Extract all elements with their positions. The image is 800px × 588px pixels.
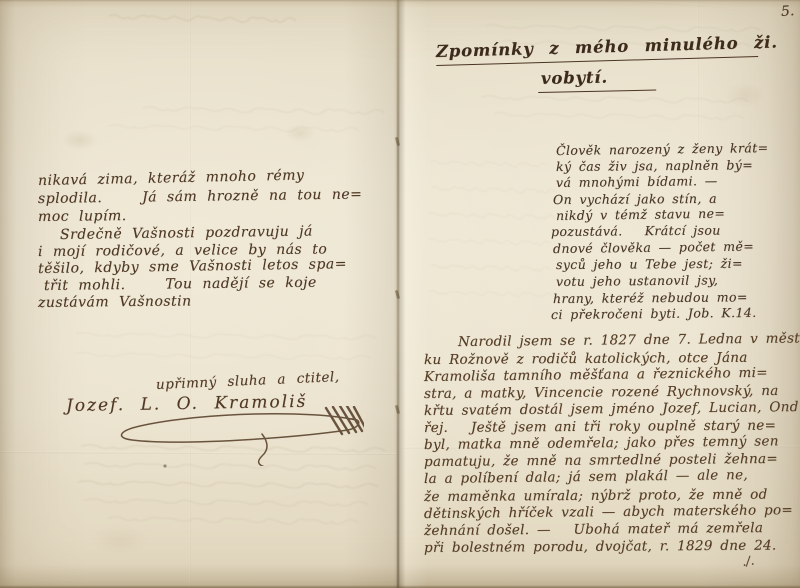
manuscript-line: třit mohli. Tou nadějí se koje [44, 275, 317, 294]
epigraph-line: pozustává. Krátcí jsou [551, 223, 721, 239]
body-line: la a políbení dala; já sem plakál — ale … [424, 467, 748, 487]
body-line: byl, matka mně odemřela; jako přes temný… [424, 433, 779, 453]
epigraph-line: vá mnohými bídami. — [556, 173, 718, 190]
epigraph-line: votu jeho ustanovil jsy, [556, 272, 718, 289]
title-line: Zpomínky z mého minulého ži. [436, 33, 759, 66]
page-number: 5. [780, 3, 794, 20]
bleedthrough-ink [22, 444, 387, 457]
binding-stitch [395, 290, 400, 299]
body-line: Kramoliša tamního měšťana a řeznického m… [424, 365, 768, 385]
bleedthrough-ink [445, 112, 745, 124]
bleedthrough-ink [18, 352, 373, 364]
epigraph-line: ci překročeni byti. Job. K.14. [551, 305, 757, 322]
binding-stitch [395, 137, 400, 146]
bleedthrough-ink [430, 95, 750, 107]
epigraph-line: nikdý v témž stavu ne= [556, 206, 725, 223]
epigraph-line: dnové člověka — počet mě= [553, 239, 754, 256]
title-line: vobytí. [538, 67, 656, 93]
manuscript-line: moc lupím. [38, 208, 127, 225]
signature-name: Jozef. L. O. Kramoliš [66, 392, 308, 416]
bleedthrough-ink [18, 332, 378, 344]
manuscript-line: zustávám Vašnostin [38, 293, 192, 311]
epigraph-line: On vychází jako stín, a [553, 191, 717, 207]
manuscript-scan: nikavá zima, kteráž mnoho rémy splodila.… [0, 0, 800, 588]
epigraph-line: hrany, kteréž nebudou mo= [553, 289, 748, 306]
paper-edge-top [0, 0, 800, 2]
bleedthrough-ink [20, 480, 380, 493]
body-line: při bolestném porodu, dvojčat, r. 1829 d… [424, 538, 777, 556]
bleedthrough-ink [405, 238, 551, 249]
bleedthrough-ink [28, 462, 378, 475]
manuscript-line: nikavá zima, kteráž mnoho rémy [38, 167, 305, 189]
end-mark: ./. [741, 552, 755, 569]
signature-flourish [112, 406, 364, 466]
bleedthrough-ink [60, 516, 360, 529]
signature-salutation: upřimný sluha a ctitel, [156, 369, 340, 393]
binding-stitch [395, 405, 400, 414]
epigraph-line: Člověk narozený z ženy krát= [556, 140, 769, 158]
bleedthrough-ink [30, 498, 370, 511]
body-line: křtu svatém dostál jsem jméno Jozef, Luc… [424, 399, 800, 419]
body-line: žehnání došel. — Ubohá mateř má zemřela [424, 520, 763, 539]
manuscript-line: Srdečně Vašnosti pozdravuju já [60, 223, 313, 243]
bleedthrough-ink [408, 160, 548, 171]
crease-line [697, 0, 699, 160]
bleedthrough-ink [405, 212, 555, 223]
body-line: Narodil jsem se r. 1827 dne 7. Ledna v m… [458, 330, 800, 350]
epigraph-line: ký čas živ jsa, naplněn bý= [556, 157, 753, 174]
body-line: dětinských hříček vzali — abych materské… [424, 502, 793, 522]
bleedthrough-ink [72, 14, 297, 27]
crease-line [0, 451, 398, 455]
manuscript-line: splodila. Já sám hrozně na tou ne= [38, 186, 363, 207]
bleedthrough-ink [408, 186, 556, 197]
bleedthrough-ink [60, 124, 360, 136]
bleedthrough-ink [405, 290, 553, 301]
bleedthrough-ink [408, 264, 550, 275]
bleedthrough-ink [96, 106, 386, 119]
epigraph-line: syců jeho u Tebe jest; ži= [556, 256, 743, 272]
